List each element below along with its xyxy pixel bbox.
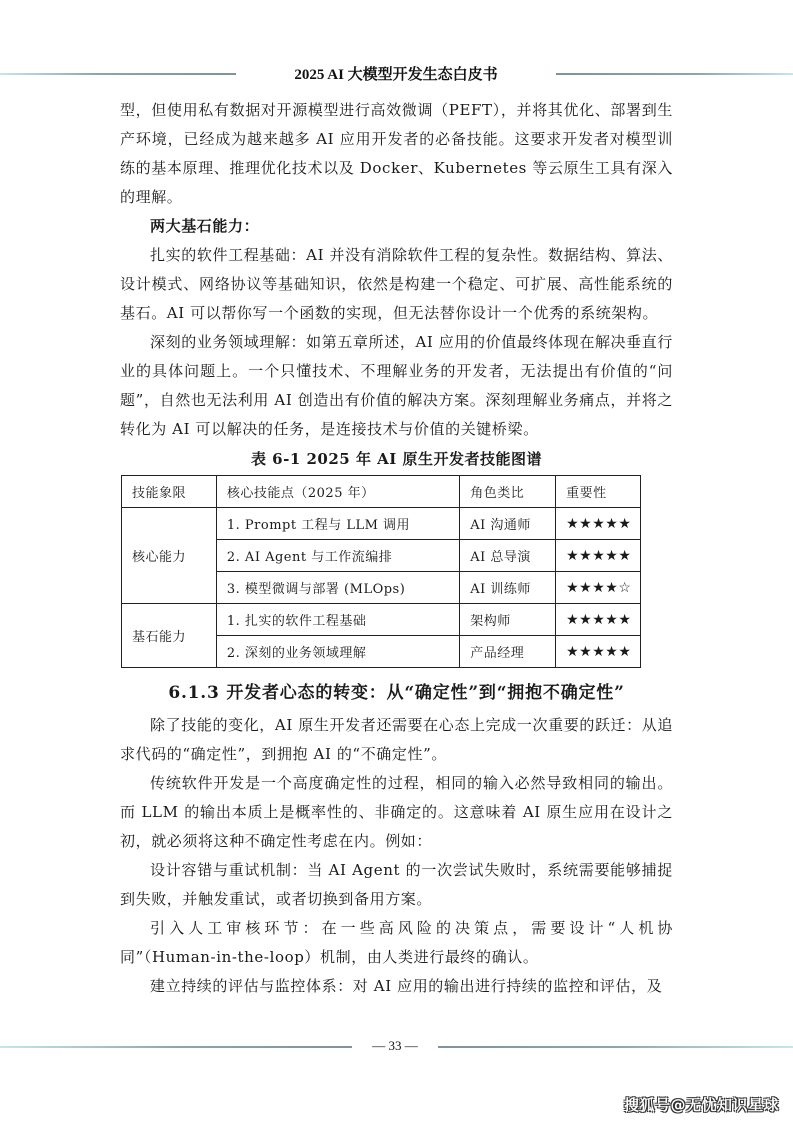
- column-header: 角色类比: [460, 476, 556, 508]
- section-heading: 6.1.3 开发者心态的转变：从“确定性”到“拥抱不确定性”: [120, 678, 673, 703]
- skill-cell: 1. 扎实的软件工程基础: [216, 604, 459, 636]
- body-paragraph: 扎实的软件工程基础：AI 并没有消除软件工程的复杂性。数据结构、算法、设计模式、…: [120, 241, 673, 328]
- quadrant-cell: 基石能力: [122, 604, 217, 668]
- importance-stars: ★★★★☆: [556, 572, 641, 604]
- subheading: 两大基石能力：: [120, 212, 673, 241]
- body-paragraph: 传统软件开发是一个高度确定性的过程，相同的输入必然导致相同的输出。而 LLM 的…: [120, 769, 673, 856]
- running-header-title: 2025 AI 大模型开发生态白皮书: [236, 63, 556, 84]
- importance-stars: ★★★★★: [556, 508, 641, 540]
- page-number: — 33 —: [352, 1038, 438, 1054]
- importance-stars: ★★★★★: [556, 604, 641, 636]
- role-cell: 架构师: [460, 604, 556, 636]
- body-paragraph: 建立持续的评估与监控体系：对 AI 应用的输出进行持续的监控和评估，及: [120, 972, 673, 1001]
- importance-stars: ★★★★★: [556, 636, 641, 668]
- role-cell: 产品经理: [460, 636, 556, 668]
- role-cell: AI 总导演: [460, 540, 556, 572]
- skill-cell: 3. 模型微调与部署 (MLOps): [216, 572, 459, 604]
- header-rule-right: [556, 73, 793, 75]
- table-row: 核心能力 1. Prompt 工程与 LLM 调用 AI 沟通师 ★★★★★: [122, 508, 641, 540]
- column-header: 技能象限: [122, 476, 217, 508]
- body-paragraph: 型，但使用私有数据对开源模型进行高效微调（PEFT），并将其优化、部署到生产环境…: [120, 96, 673, 212]
- skill-cell: 2. AI Agent 与工作流编排: [216, 540, 459, 572]
- body-paragraph: 设计容错与重试机制：当 AI Agent 的一次尝试失败时，系统需要能够捕捉到失…: [120, 856, 673, 914]
- role-cell: AI 沟通师: [460, 508, 556, 540]
- quadrant-cell: 核心能力: [122, 508, 217, 604]
- skills-table: 技能象限 核心技能点（2025 年） 角色类比 重要性 核心能力 1. Prom…: [121, 475, 641, 668]
- skill-cell: 2. 深刻的业务领域理解: [216, 636, 459, 668]
- body-paragraph: 除了技能的变化，AI 原生开发者还需要在心态上完成一次重要的跃迁：从追求代码的“…: [120, 711, 673, 769]
- skill-cell: 1. Prompt 工程与 LLM 调用: [216, 508, 459, 540]
- page-body: 型，但使用私有数据对开源模型进行高效微调（PEFT），并将其优化、部署到生产环境…: [120, 96, 673, 1001]
- table-header-row: 技能象限 核心技能点（2025 年） 角色类比 重要性: [122, 476, 641, 508]
- column-header: 重要性: [556, 476, 641, 508]
- source-watermark: 搜狐号@无忧知识星球: [624, 1094, 779, 1115]
- body-paragraph: 深刻的业务领域理解：如第五章所述，AI 应用的价值最终体现在解决垂直行业的具体问…: [120, 328, 673, 444]
- body-paragraph: 引入人工审核环节：在一些高风险的决策点，需要设计“人机协同”（Human-in-…: [120, 914, 673, 972]
- table-row: 基石能力 1. 扎实的软件工程基础 架构师 ★★★★★: [122, 604, 641, 636]
- importance-stars: ★★★★★: [556, 540, 641, 572]
- header-rule-left: [0, 73, 236, 75]
- column-header: 核心技能点（2025 年）: [216, 476, 459, 508]
- footer-rule-left: [0, 1046, 352, 1048]
- role-cell: AI 训练师: [460, 572, 556, 604]
- table-caption: 表 6-1 2025 年 AI 原生开发者技能图谱: [120, 448, 673, 469]
- footer-rule-right: [438, 1046, 793, 1048]
